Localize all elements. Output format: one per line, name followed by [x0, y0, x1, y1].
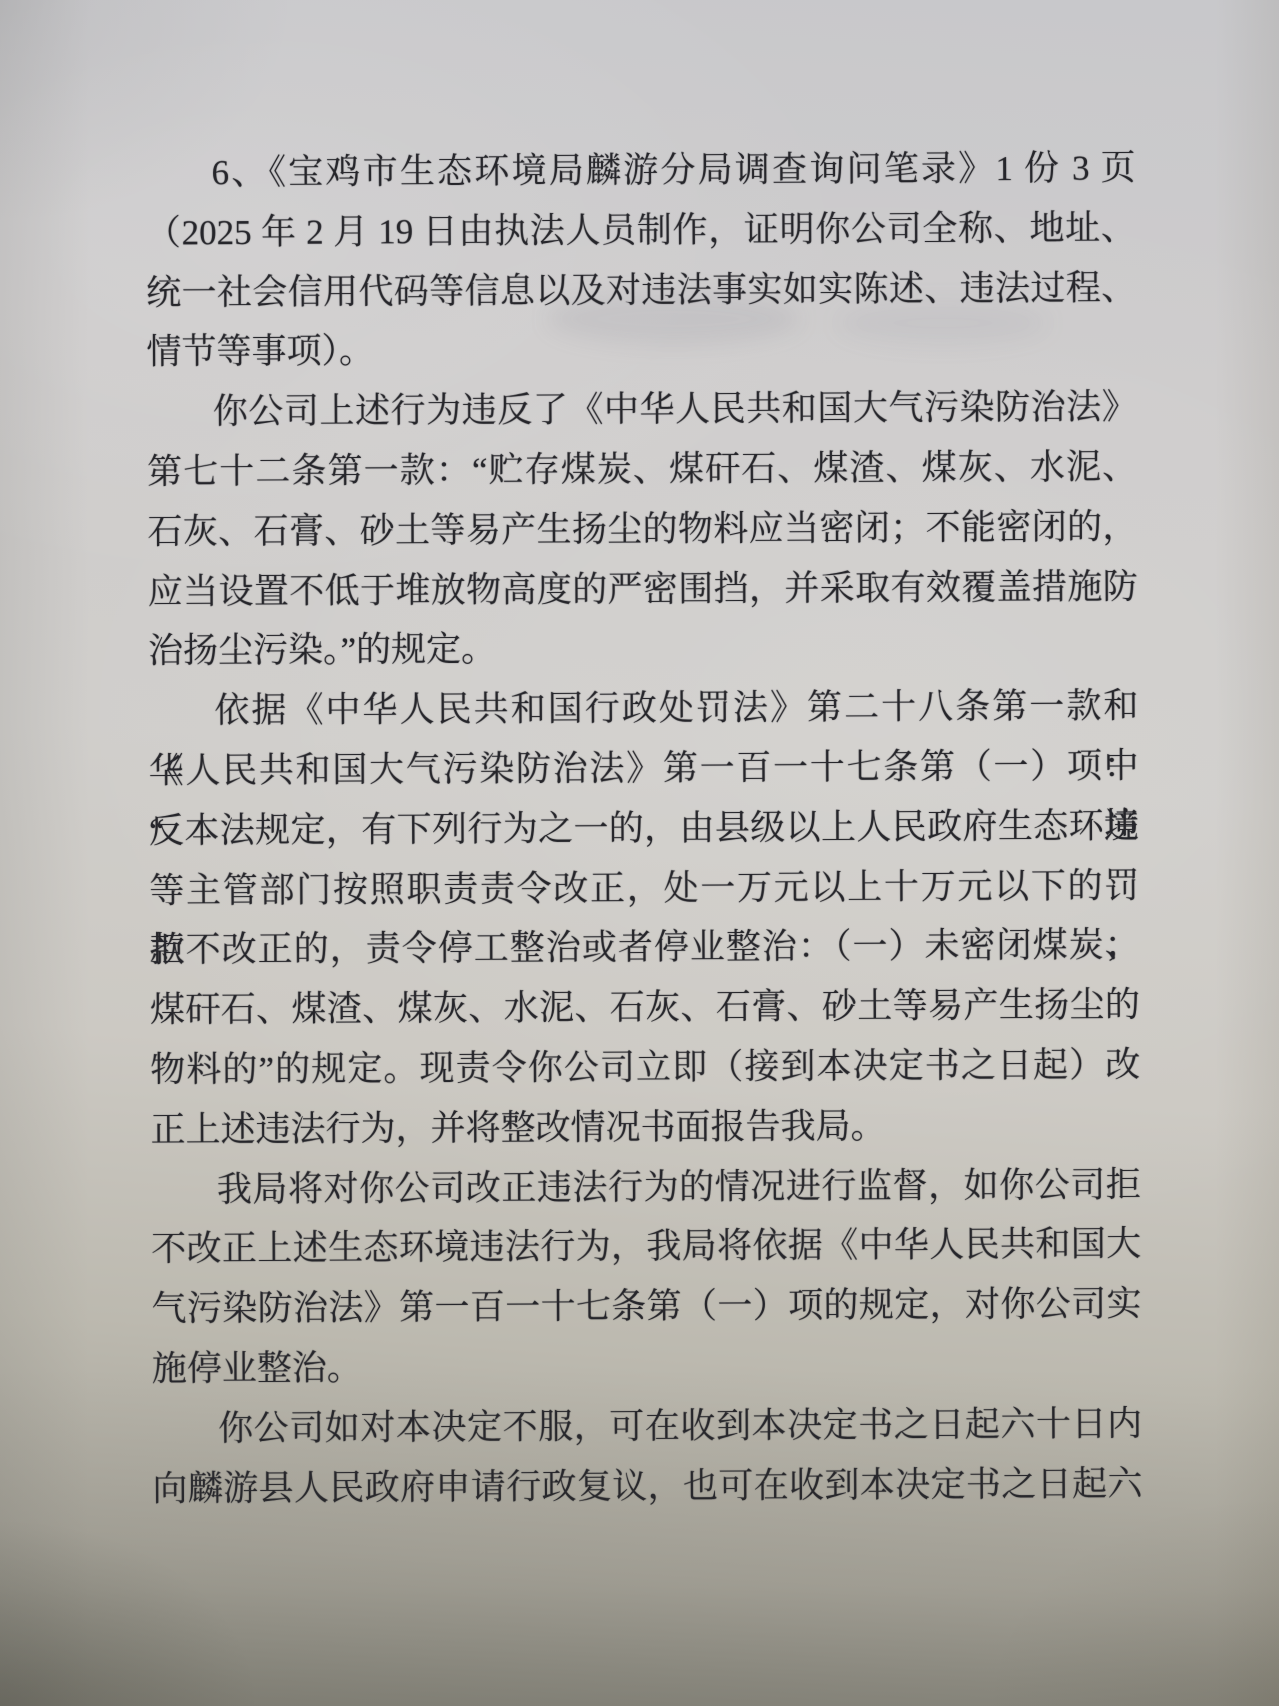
text-line: 向麟游县人民政府申请行政复议，也可在收到本决定书之日起六: [152, 1454, 1142, 1519]
text-line: 统一社会信用代码等信息以及对违法事实如实陈述、违法过程、: [146, 258, 1136, 323]
document-photo: 6、《宝鸡市生态环境局麟游分局调查询问笔录》1 份 3 页（2025 年 2 月…: [0, 0, 1279, 1706]
text-line: 第七十二条第一款：“贮存煤炭、煤矸石、煤渣、煤灰、水泥、: [147, 437, 1137, 502]
text-line: 物料的”的规定。现责令你公司立即（接到本决定书之日起）改: [150, 1035, 1140, 1100]
text-line: 煤矸石、煤渣、煤灰、水泥、石灰、石膏、砂土等易产生扬尘的: [150, 976, 1140, 1041]
document-text: 6、《宝鸡市生态环境局麟游分局调查询问笔录》1 份 3 页（2025 年 2 月…: [145, 138, 1142, 1518]
text-line: 6、《宝鸡市生态环境局麟游分局调查询问笔录》1 份 3 页: [145, 138, 1135, 203]
text-line: （2025 年 2 月 19 日由执法人员制作，证明你公司全称、地址、: [146, 198, 1136, 263]
text-line: 我局将对你公司改正违法行为的情况进行监督，如你公司拒: [151, 1155, 1141, 1220]
text-line: 应当设置不低于堆放物高度的严密围挡，并采取有效覆盖措施防: [148, 557, 1138, 622]
text-line: 拒不改正的，责令停工整治或者停业整治：（一）未密闭煤炭、: [149, 916, 1139, 981]
text-line: 气污染防治法》第一百一十七条第（一）项的规定，对你公司实: [151, 1275, 1141, 1340]
text-line: 你公司上述行为违反了《中华人民共和国大气污染防治法》: [147, 378, 1137, 443]
text-line: 正上述违法行为，并将整改情况书面报告我局。: [150, 1095, 1140, 1160]
text-line: 你公司如对本决定不服，可在收到本决定书之日起六十日内: [152, 1394, 1142, 1459]
text-line: 反本法规定，有下列行为之一的，由县级以上人民政府生态环境: [149, 796, 1139, 861]
text-line: 等主管部门按照职责责令改正，处一万元以上十万元以下的罚款；: [149, 856, 1139, 921]
text-line: 华人民共和国大气污染防治法》第一百一十七条第（一）项：“违: [149, 736, 1139, 801]
text-line: 不改正上述生态环境违法行为，我局将依据《中华人民共和国大: [151, 1215, 1141, 1280]
text-line: 情节等事项）。: [146, 318, 1136, 383]
text-line: 依据《中华人民共和国行政处罚法》第二十八条第一款和《中: [148, 677, 1138, 742]
text-line: 施停业整治。: [152, 1334, 1142, 1399]
text-line: 治扬尘污染。”的规定。: [148, 617, 1138, 682]
text-line: 石灰、石膏、砂土等易产生扬尘的物料应当密闭；不能密闭的，: [147, 497, 1137, 562]
